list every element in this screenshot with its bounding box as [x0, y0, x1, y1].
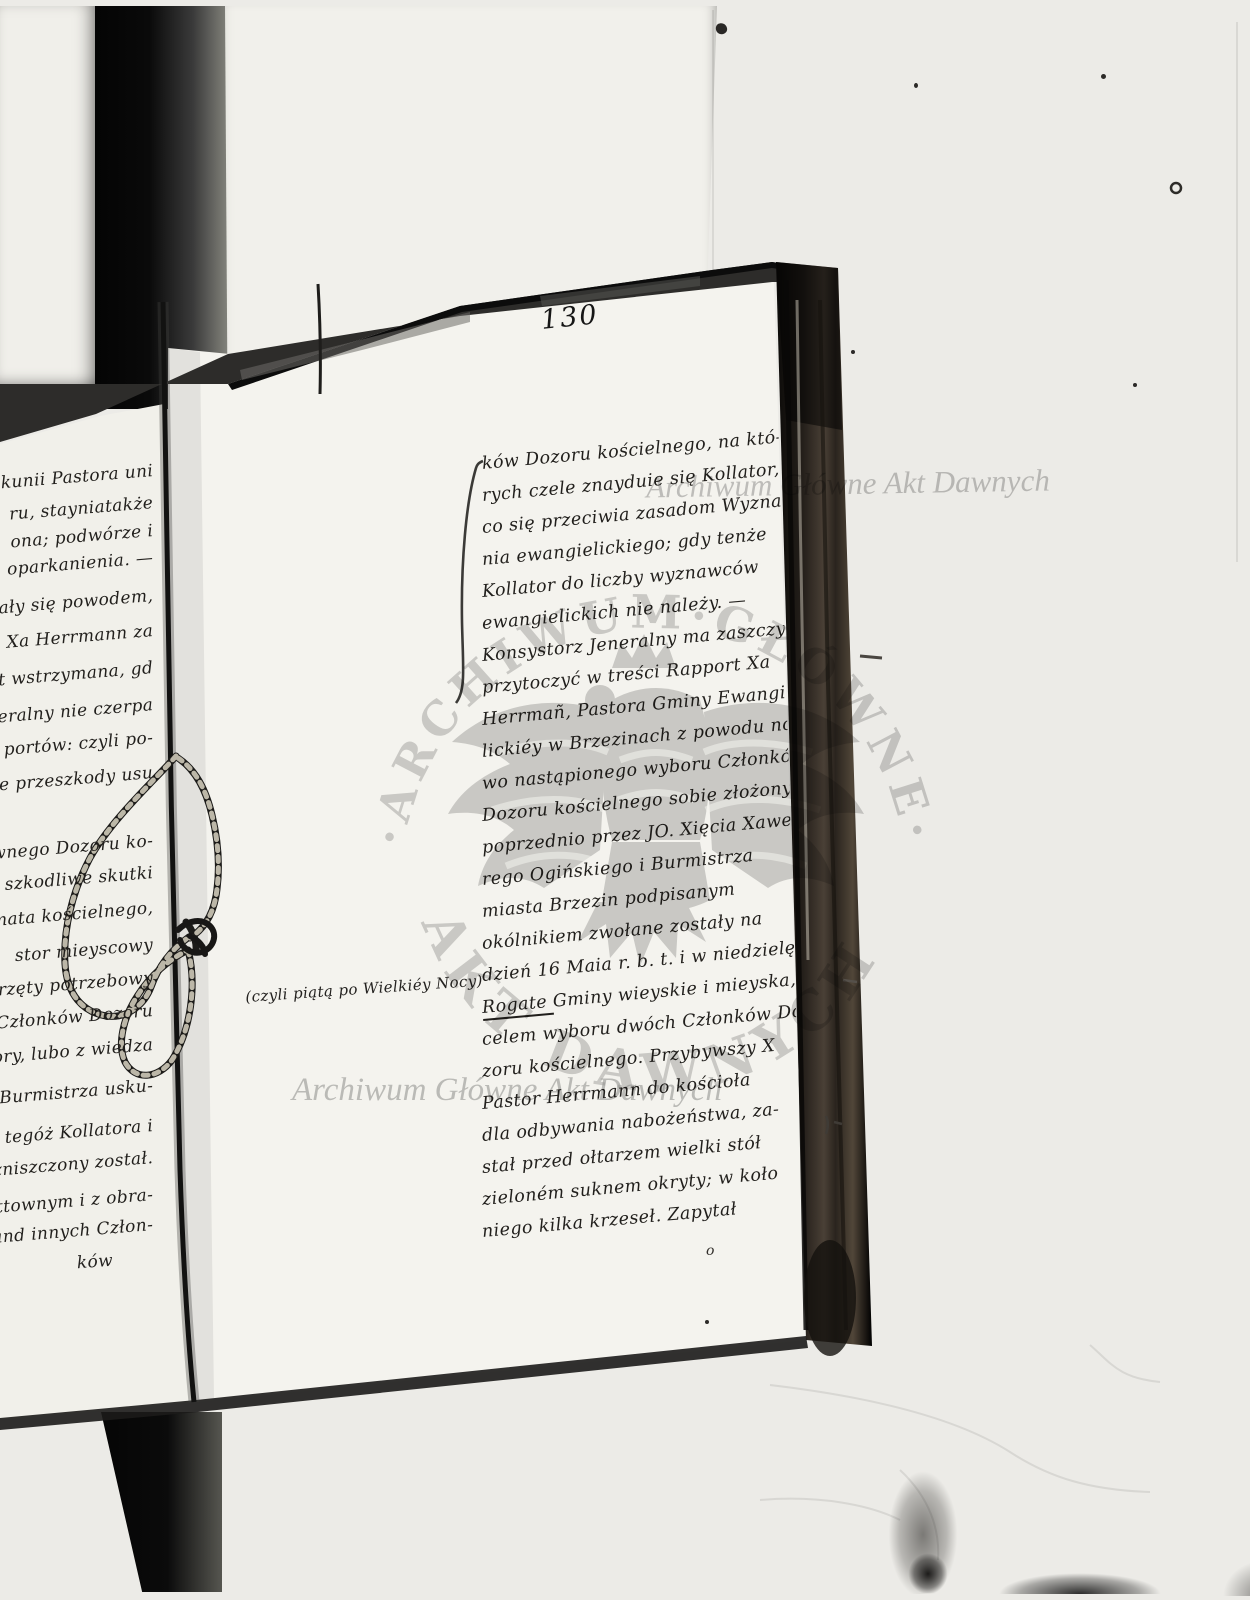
manuscript-line-fragment: Burmistrza usku-	[0, 1076, 154, 1111]
manuscript-line-fragment: und innych Człon-	[0, 1215, 154, 1250]
manuscript-line-fragment: stor mieyscowy	[0, 935, 154, 970]
dust-speck	[1101, 74, 1106, 79]
manuscript-line-fragment: tały się powodem,	[0, 586, 154, 621]
manuscript-line-fragment: temata kościelnego,	[0, 898, 154, 933]
dust-speck	[1133, 383, 1137, 387]
right-page-catchword: o	[706, 1243, 715, 1259]
manuscript-line-fragment: Członków Dozoru	[0, 1001, 154, 1036]
ink-offset-dash	[860, 656, 882, 658]
dust-speck	[914, 83, 918, 88]
manuscript-line-fragment: tory, lubo z wiedza	[0, 1035, 154, 1070]
archival-scan-photo: kunii Pastora uniru, stayniatakżeona; po…	[0, 0, 1250, 1600]
fore-edge-bottom-blotch	[804, 1240, 856, 1356]
underlined-word: Rogate	[481, 992, 554, 1021]
manuscript-line-fragment: zniszczony został.	[0, 1148, 154, 1183]
ring-speck	[1171, 183, 1181, 193]
top-speck	[716, 23, 727, 34]
manuscript-line-fragment: one przeszkody usu	[0, 763, 154, 798]
manuscript-line-fragment: rzęty potrzebowy	[0, 968, 154, 1003]
manuscript-line-fragment: ettownym i z obra-	[0, 1185, 154, 1220]
margin-note: (czyli piątą po Wielkiéy Nocy)	[245, 971, 484, 1006]
manuscript-line-fragment: est wstrzymana, gd	[0, 658, 154, 693]
manuscript-line-fragment: portów: czyli po-	[0, 728, 154, 763]
bottom-smear	[995, 1572, 1165, 1594]
manuscript-line-fragment: ez tegóż Kollatora i	[0, 1116, 154, 1151]
left-page-catchword: ków	[54, 1249, 135, 1275]
bottom-stain-dark	[905, 1545, 951, 1593]
manuscript-line-fragment: oparkanienia. —	[0, 548, 154, 583]
manuscript-line-fragment: Xa Herrmann za	[0, 621, 154, 656]
manuscript-line-fragment: kunii Pastora uni	[0, 461, 154, 496]
manuscript-line-fragment: neralny nie czerpa	[0, 695, 154, 730]
manuscript-line-fragment: szkodliwe skutki	[0, 863, 154, 898]
manuscript-line-fragment: awnego Dozoru ko-	[0, 831, 154, 866]
dust-speck	[851, 350, 855, 354]
